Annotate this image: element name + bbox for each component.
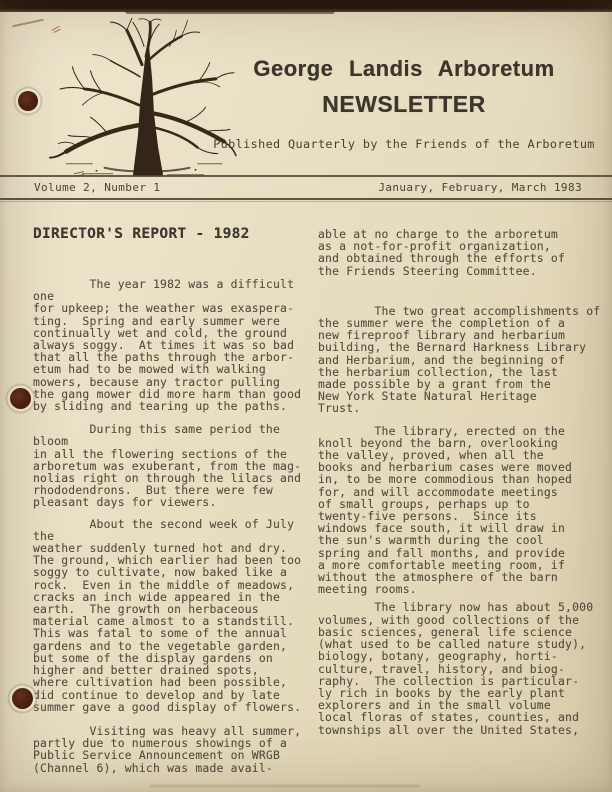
left-column: DIRECTOR'S REPORT - 1982 The year 1982 w… xyxy=(33,222,311,774)
hole-punch-bottom xyxy=(12,688,33,709)
newsletter-page: George Landis Arboretum NEWSLETTER Publi… xyxy=(0,0,612,792)
issue-bar: Volume 2, Number 1 January, February, Ma… xyxy=(0,175,612,200)
left-col-paragraph-4: Visiting was heavy all summer, partly du… xyxy=(33,725,311,774)
scratch-mark xyxy=(12,19,44,28)
right-col-paragraph-3: The library, erected on the knoll beyond… xyxy=(318,425,608,596)
hole-punch-top xyxy=(18,91,38,111)
volume-label: Volume 2, Number 1 xyxy=(34,181,160,194)
left-col-paragraph-1: The year 1982 was a difficult one for up… xyxy=(33,278,311,412)
masthead-org-name: George Landis Arboretum xyxy=(196,56,612,82)
right-column: able at no charge to the arboretum as a … xyxy=(318,222,608,736)
masthead-tagline: Published Quarterly by the Friends of th… xyxy=(196,137,612,151)
left-col-paragraph-2: During this same period the bloom in all… xyxy=(33,423,311,508)
scan-edge-band xyxy=(0,0,612,12)
right-col-paragraph-1: able at no charge to the arboretum as a … xyxy=(318,228,608,277)
right-col-paragraph-2: The two great accomplishments of the sum… xyxy=(318,305,608,415)
left-col-paragraph-3: About the second week of July the weathe… xyxy=(33,518,311,713)
hole-punch-middle xyxy=(10,388,31,409)
scan-bottom-smudge xyxy=(150,785,420,787)
masthead-publication-title: NEWSLETTER xyxy=(196,91,612,118)
issue-date-label: January, February, March 1983 xyxy=(378,181,582,194)
right-col-paragraph-4: The library now has about 5,000 volumes,… xyxy=(318,601,608,735)
article-heading: DIRECTOR'S REPORT - 1982 xyxy=(33,226,311,242)
